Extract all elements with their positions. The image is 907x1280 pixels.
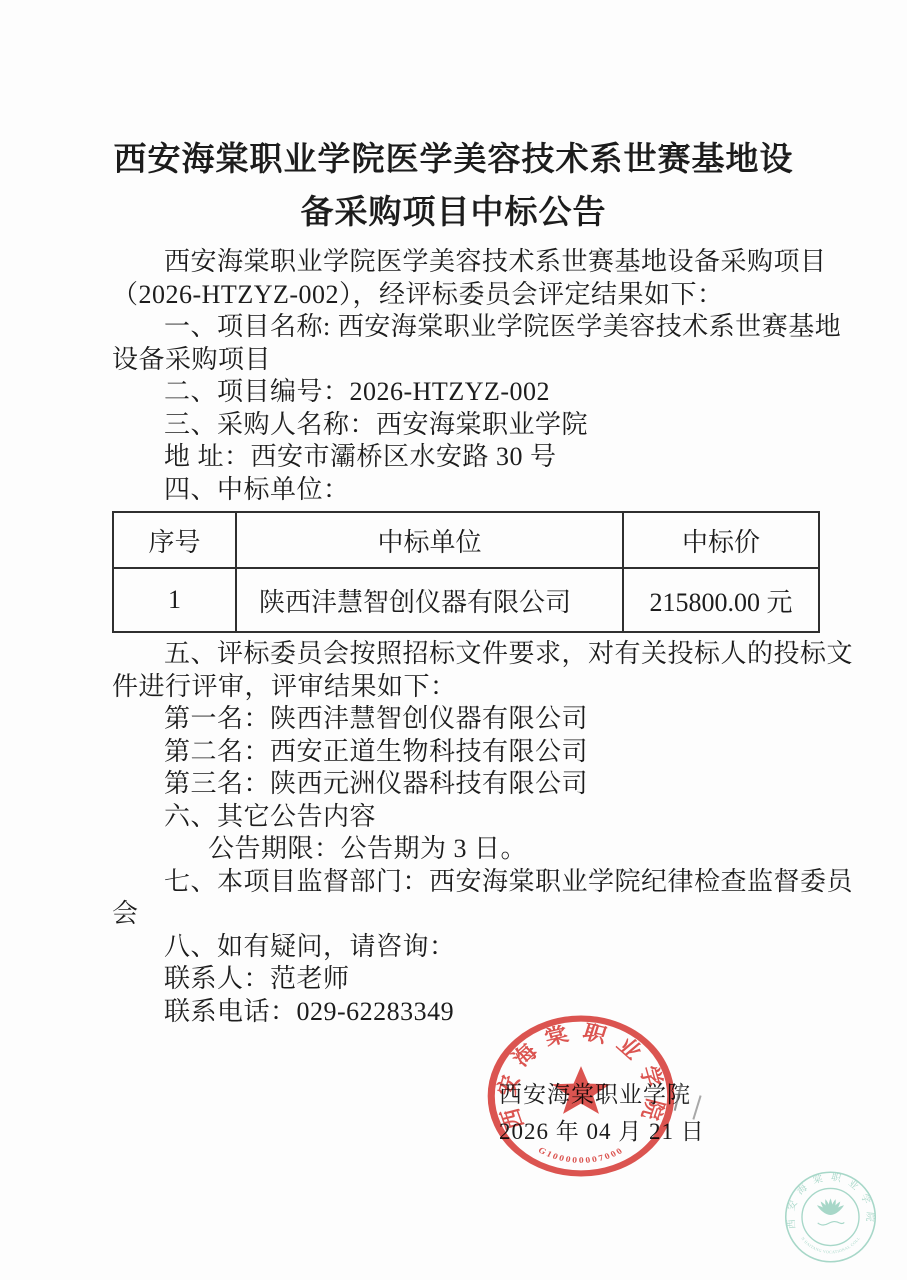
item-evaluation-cont: 件进行评审，评审结果如下： (112, 671, 824, 704)
item-evaluation: 五、评标委员会按照招标文件要求，对有关投标人的投标文 (112, 638, 824, 671)
cell-winner: 陕西沣慧智创仪器有限公司 (236, 568, 623, 632)
item-purchaser-address: 地 址：西安市灞桥区水安路 30 号 (112, 441, 824, 474)
item-project-name: 一、项目名称: 西安海棠职业学院医学美容技术系世赛基地 (112, 311, 824, 344)
cell-seq: 1 (113, 568, 236, 632)
col-header-price: 中标价 (623, 512, 819, 568)
item-supervisor: 七、本项目监督部门：西安海棠职业学院纪律检查监督委员 (112, 866, 824, 899)
watermark-signature-squiggle (818, 1222, 845, 1225)
item-winner-heading: 四、中标单位： (112, 474, 824, 507)
contact-person: 联系人：范老师 (112, 963, 824, 996)
cell-price: 215800.00 元 (623, 568, 819, 632)
intro-line: 西安海棠职业学院医学美容技术系世赛基地设备采购项目 (112, 246, 824, 279)
table-row: 1 陕西沣慧智创仪器有限公司 215800.00 元 (113, 568, 819, 632)
svg-text:G100000007000: G100000007000 (536, 1145, 625, 1165)
col-header-seq: 序号 (113, 512, 236, 568)
haitang-flower-icon (816, 1198, 845, 1216)
document-page: 西安海棠职业学院医学美容技术系世赛基地设 备采购项目中标公告 西安海棠职业学院医… (0, 0, 907, 1280)
rank-third: 第三名：陕西元洲仪器科技有限公司 (112, 768, 824, 801)
col-header-winner: 中标单位 (236, 512, 623, 568)
document-body: 西安海棠职业学院医学美容技术系世赛基地设备采购项目 （2026-HTZYZ-00… (112, 246, 824, 1028)
page-title: 西安海棠职业学院医学美容技术系世赛基地设 备采购项目中标公告 (0, 0, 907, 240)
rank-second: 第二名：西安正道生物科技有限公司 (112, 736, 824, 769)
item-questions: 八、如有疑问，请咨询： (112, 931, 824, 964)
intro-line: （2026-HTZYZ-002），经评标委员会评定结果如下： (112, 279, 824, 312)
contact-phone: 联系电话：029-62283349 (112, 996, 824, 1029)
title-line-1: 西安海棠职业学院医学美容技术系世赛基地设 (0, 134, 907, 187)
watermark-inner-ring (802, 1188, 859, 1245)
seal-star-icon (552, 1066, 610, 1114)
item-project-name-cont: 设备采购项目 (112, 344, 824, 377)
item-supervisor-cont: 会 (112, 898, 824, 931)
title-line-2: 备采购项目中标公告 (0, 187, 907, 240)
table-header-row: 序号 中标单位 中标价 (113, 512, 819, 568)
official-seal-stamp: 西安海棠职业学院 G100000007000 (479, 1008, 683, 1184)
notice-period: 公告期限：公告期为 3 日。 (112, 833, 824, 866)
award-table: 序号 中标单位 中标价 1 陕西沣慧智创仪器有限公司 215800.00 元 (112, 511, 820, 633)
item-purchaser-name: 三、采购人名称：西安海棠职业学院 (112, 409, 824, 442)
seal-code-text: G100000007000 (536, 1145, 625, 1165)
college-logo-watermark: 西安海棠职业学院 XI'AN HAITANG VOCATIONAL COLLEG… (768, 1158, 893, 1276)
item-other-content: 六、其它公告内容 (112, 801, 824, 834)
rank-first: 第一名：陕西沣慧智创仪器有限公司 (112, 703, 824, 736)
item-project-number: 二、项目编号：2026-HTZYZ-002 (112, 376, 824, 409)
